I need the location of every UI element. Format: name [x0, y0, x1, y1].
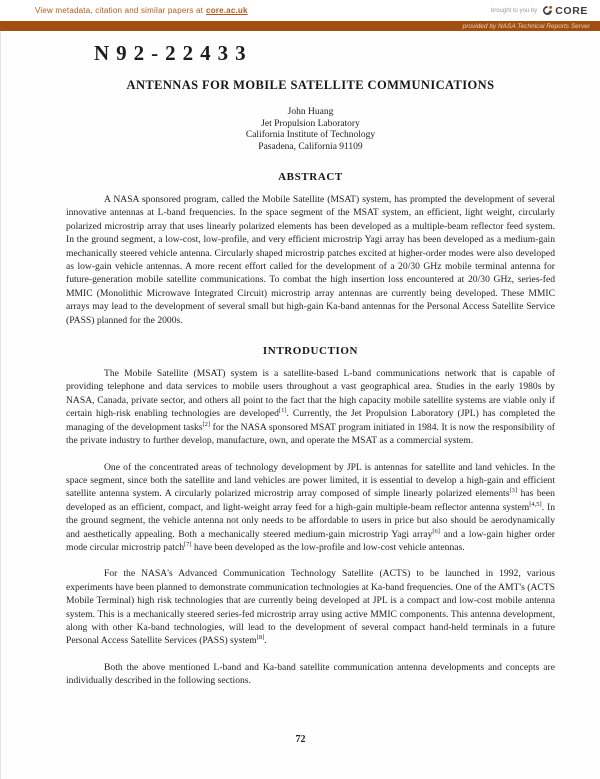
banner-text: View metadata, citation and similar pape… [35, 6, 203, 15]
author-block: John Huang Jet Propulsion Laboratory Cal… [66, 107, 555, 153]
core-banner: View metadata, citation and similar pape… [0, 0, 600, 21]
intro-paragraph-4: Both the above mentioned L-band and Ka-b… [66, 661, 555, 688]
core-logo[interactable]: CORE [542, 5, 588, 17]
section-heading-introduction: INTRODUCTION [66, 345, 555, 357]
abstract-paragraph: A NASA sponsored program, called the Mob… [66, 193, 555, 327]
paper-title: ANTENNAS FOR MOBILE SATELLITE COMMUNICAT… [66, 78, 555, 93]
author-affiliation: Jet Propulsion Laboratory [66, 119, 555, 131]
page-number: 72 [1, 734, 600, 745]
intro-paragraph-2: One of the concentrated areas of technol… [66, 461, 555, 555]
author-institution: California Institute of Technology [66, 130, 555, 142]
intro-paragraph-1: The Mobile Satellite (MSAT) system is a … [66, 367, 555, 447]
author-location: Pasadena, California 91109 [66, 142, 555, 154]
core-logo-icon [542, 5, 553, 16]
core-logo-text: CORE [555, 5, 588, 17]
author-name: John Huang [66, 107, 555, 119]
section-heading-abstract: ABSTRACT [66, 171, 555, 183]
banner-metadata-text: View metadata, citation and similar pape… [35, 6, 248, 15]
core-link[interactable]: core.ac.uk [206, 6, 248, 15]
provider-text: provided by NASA Technical Reports Serve… [463, 23, 590, 30]
brought-to-you-by-label: brought to you by [491, 8, 537, 14]
document-page: N92-22433 ANTENNAS FOR MOBILE SATELLITE … [0, 31, 600, 779]
provider-bar: provided by NASA Technical Reports Serve… [0, 21, 600, 31]
intro-paragraph-3: For the NASA's Advanced Communication Te… [66, 567, 555, 647]
banner-brand-area: brought to you by CORE [491, 5, 588, 17]
report-number: N92-22433 [94, 41, 555, 66]
